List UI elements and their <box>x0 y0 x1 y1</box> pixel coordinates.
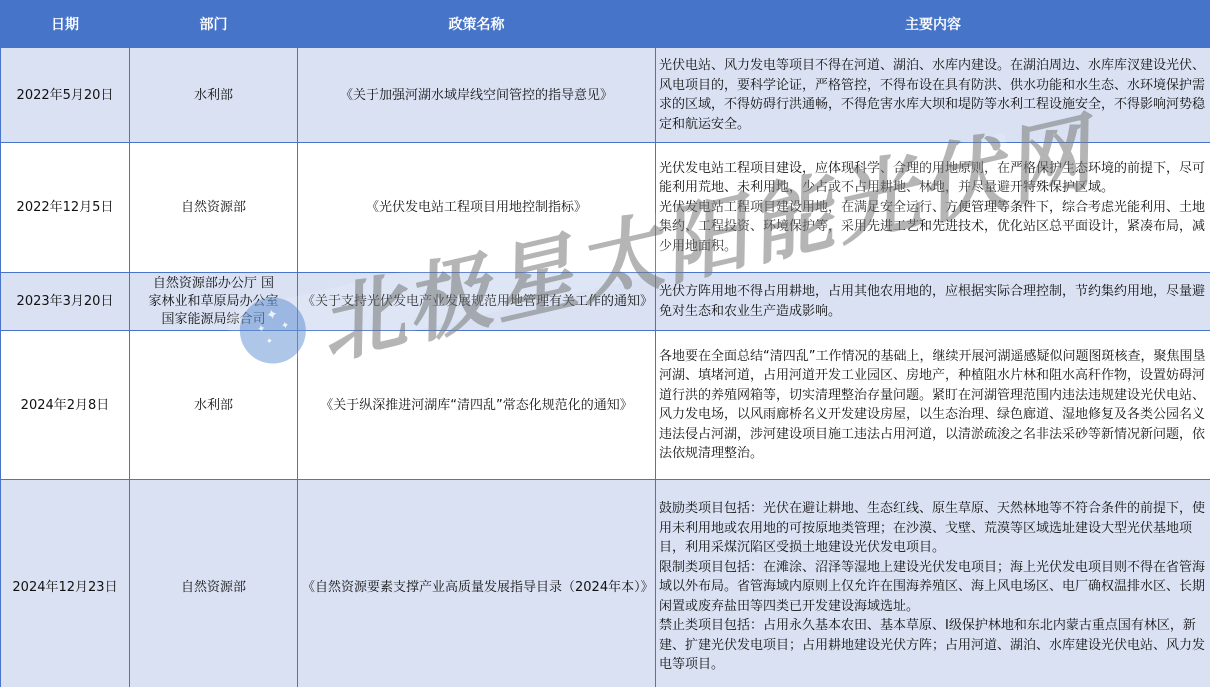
table-row: 2022年5月20日 水利部 《关于加强河湖水域岸线空间管控的指导意见》 光伏电… <box>1 48 1210 143</box>
department-cell: 自然资源部 <box>130 143 298 273</box>
content-paragraph: 各地要在全面总结“清四乱”工作情况的基础上，继续开展河湖遥感疑似问题图斑核查，聚… <box>659 347 1206 464</box>
content-paragraph: 光伏发电站工程项目建设，应体现科学、合理的用地原则，在严格保护生态环境的前提下，… <box>659 159 1206 198</box>
content-cell: 光伏发电站工程项目建设，应体现科学、合理的用地原则，在严格保护生态环境的前提下，… <box>656 143 1210 273</box>
content-paragraph: 光伏方阵用地不得占用耕地，占用其他农用地的，应根据实际合理控制，节约集约用地，尽… <box>659 282 1206 321</box>
department-cell: 水利部 <box>130 48 298 143</box>
date-cell: 2024年2月8日 <box>1 331 130 480</box>
department-line: 自然资源部办公厅 国 <box>134 275 293 293</box>
department-cell: 自然资源部办公厅 国 家林业和草原局办公室 国家能源局综合司 <box>130 273 298 331</box>
content-paragraph: 鼓励类项目包括：光伏在避让耕地、生态红线、原生草原、天然林地等不符合条件的前提下… <box>659 499 1206 558</box>
table-row: 2023年3月20日 自然资源部办公厅 国 家林业和草原局办公室 国家能源局综合… <box>1 273 1210 331</box>
department-cell: 自然资源部 <box>130 480 298 687</box>
header-policy-name: 政策名称 <box>298 1 656 48</box>
policy-name-cell: 《关于加强河湖水域岸线空间管控的指导意见》 <box>298 48 656 143</box>
table-row: 2024年12月23日 自然资源部 《自然资源要素支撑产业高质量发展指导目录（2… <box>1 480 1210 687</box>
policy-name-cell: 《自然资源要素支撑产业高质量发展指导目录（2024年本）》 <box>298 480 656 687</box>
header-department: 部门 <box>130 1 298 48</box>
content-cell: 鼓励类项目包括：光伏在避让耕地、生态红线、原生草原、天然林地等不符合条件的前提下… <box>656 480 1210 687</box>
table-header-row: 日期 部门 政策名称 主要内容 <box>1 1 1210 48</box>
header-main-content: 主要内容 <box>656 1 1210 48</box>
date-cell: 2023年3月20日 <box>1 273 130 331</box>
policy-table: 日期 部门 政策名称 主要内容 2022年5月20日 水利部 《关于加强河湖水域… <box>0 0 1210 687</box>
department-line: 国家能源局综合司 <box>134 311 293 329</box>
table-row: 2024年2月8日 水利部 《关于纵深推进河湖库“清四乱”常态化规范化的通知》 … <box>1 331 1210 480</box>
policy-name-cell: 《关于纵深推进河湖库“清四乱”常态化规范化的通知》 <box>298 331 656 480</box>
content-paragraph: 禁止类项目包括：占用永久基本农田、基本草原、Ⅰ级保护林地和东北内蒙古重点国有林区… <box>659 616 1206 675</box>
content-paragraph: 限制类项目包括：在滩涂、沼泽等湿地上建设光伏发电项目；海上光伏发电项目则不得在省… <box>659 558 1206 617</box>
date-cell: 2024年12月23日 <box>1 480 130 687</box>
date-cell: 2022年5月20日 <box>1 48 130 143</box>
content-cell: 光伏电站、风力发电等项目不得在河道、湖泊、水库内建设。在湖泊周边、水库库汊建设光… <box>656 48 1210 143</box>
content-paragraph: 光伏发电站工程项目建设用地，在满足安全运行、方便管理等条件下，综合考虑光能利用、… <box>659 198 1206 257</box>
header-date: 日期 <box>1 1 130 48</box>
content-cell: 各地要在全面总结“清四乱”工作情况的基础上，继续开展河湖遥感疑似问题图斑核查，聚… <box>656 331 1210 480</box>
date-cell: 2022年12月5日 <box>1 143 130 273</box>
content-cell: 光伏方阵用地不得占用耕地，占用其他农用地的，应根据实际合理控制，节约集约用地，尽… <box>656 273 1210 331</box>
table-row: 2022年12月5日 自然资源部 《光伏发电站工程项目用地控制指标》 光伏发电站… <box>1 143 1210 273</box>
content-paragraph: 光伏电站、风力发电等项目不得在河道、湖泊、水库内建设。在湖泊周边、水库库汊建设光… <box>659 56 1206 134</box>
policy-name-cell: 《关于支持光伏发电产业发展规范用地管理有关工作的通知》 <box>298 273 656 331</box>
department-cell: 水利部 <box>130 331 298 480</box>
department-line: 家林业和草原局办公室 <box>134 293 293 311</box>
policy-name-cell: 《光伏发电站工程项目用地控制指标》 <box>298 143 656 273</box>
